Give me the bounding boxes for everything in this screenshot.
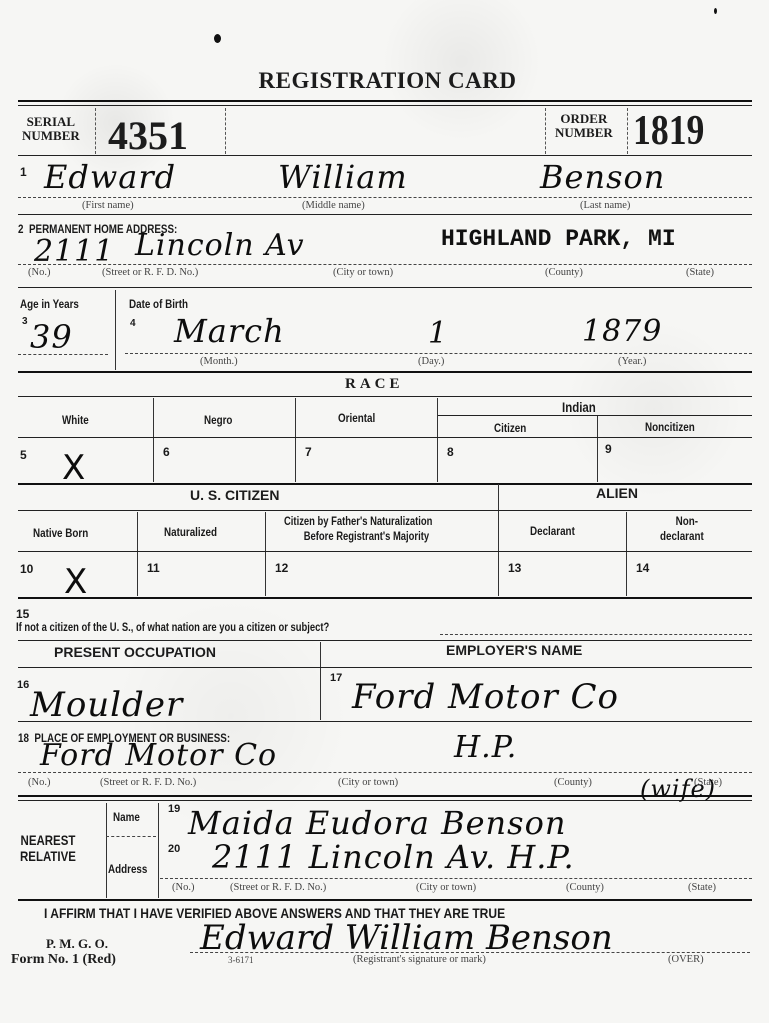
relative-divider [106,803,107,898]
field-3-number: 3 [22,316,28,327]
address-street-value: Lincoln Av [135,228,305,263]
address-caption-no: (No.) [28,267,50,278]
rule [18,510,752,511]
race-divider [597,416,598,482]
field-6-number: 6 [163,445,170,459]
relative-divider [158,803,159,898]
field-5-number: 5 [20,448,27,462]
field-11-number: 11 [147,561,160,575]
field-10-number: 10 [20,562,33,576]
place-caption-county: (County) [554,777,592,788]
field-12-number: 12 [275,561,288,575]
age-divider [115,290,116,370]
field-1-number: 1 [20,165,27,179]
top-rule-2 [18,105,752,106]
rule [18,287,752,288]
rule [18,551,752,552]
rule [160,878,752,879]
citizen-label-father: Citizen by Father's Naturalization Befor… [284,515,432,545]
serial-number: 4351 [108,114,188,158]
last-name-caption: (Last name) [580,200,630,211]
age-label: Age in Years [20,297,79,311]
rule [18,721,752,722]
race-heading: RACE [345,376,404,393]
rule [18,899,752,901]
relative-caption-street: (Street or R. F. D. No.) [230,882,326,893]
citizenship-divider [137,512,138,596]
citizenship-divider [498,484,499,596]
citizenship-divider [626,512,627,596]
birth-year-value: 1879 [582,314,662,349]
birth-day-value: 1 [428,316,448,351]
nation-question: If not a citizen of the U. S., of what n… [16,622,329,634]
top-rule [18,100,752,102]
race-divider [295,398,296,482]
first-name-caption: (First name) [82,200,134,211]
field-7-number: 7 [305,445,312,459]
employer-value: Ford Motor Co [352,677,619,717]
order-number: 1819 [633,108,704,154]
indian-heading: Indian [562,399,596,415]
rule [18,396,752,397]
citizenship-divider [265,512,266,596]
birth-month-caption: (Month.) [200,356,238,367]
employer-heading: EMPLOYER'S NAME [446,642,582,658]
birth-month-value: March [174,312,285,350]
race-label-negro: Negro [204,413,232,427]
field-19-number: 19 [168,803,180,815]
rule [18,264,752,265]
card-title: REGISTRATION CARD [0,68,769,94]
middle-name-caption: (Middle name) [302,200,365,211]
rule [18,155,752,156]
address-caption-county: (County) [545,267,583,278]
form-line-1: P. M. G. O. [46,936,108,952]
rule [18,640,752,641]
rule [18,667,752,668]
address-caption-city: (City or town) [333,267,393,278]
race-label-noncitizen: Noncitizen [645,420,695,434]
place-caption-city: (City or town) [338,777,398,788]
serial-divider [95,108,96,154]
over-text: (OVER) [668,954,704,965]
middle-name-value: William [278,158,408,196]
rule [125,353,752,354]
birth-year-caption: (Year.) [618,356,646,367]
order-divider-2 [627,108,628,154]
relative-name-label: Name [113,810,140,824]
ink-speck [214,34,221,43]
field-17-number: 17 [330,672,342,684]
field-20-number: 20 [168,843,180,855]
occupation-divider [320,642,321,720]
relation-note: (wife) [640,775,716,803]
relative-address-label: Address [108,862,147,876]
rule [18,483,752,485]
rule [18,772,752,773]
field-4-number: 4 [130,318,136,329]
field-13-number: 13 [508,561,521,575]
race-label-white: White [62,413,89,427]
alien-label-nondeclarant: Non- declarant [660,514,704,544]
registrant-signature: Edward William Benson [200,918,613,958]
birth-label: Date of Birth [129,297,188,311]
race-label-oriental: Oriental [338,411,375,425]
citizen-label-native: Native Born [33,526,88,540]
rule [18,597,752,599]
place-of-employment-street: Ford Motor Co [40,738,277,773]
rule [438,415,752,416]
occupation-value: Moulder [30,685,183,725]
rule [18,437,752,438]
field-16-number: 16 [17,679,29,691]
relative-caption-city: (City or town) [416,882,476,893]
age-value: 39 [30,318,73,356]
field-8-number: 8 [447,445,454,459]
race-divider [153,398,154,482]
race-label-citizen: Citizen [494,421,526,435]
address-caption-state: (State) [686,267,714,278]
ink-speck [714,8,717,14]
field-15-number: 15 [16,607,29,621]
birth-day-caption: (Day.) [418,356,444,367]
occupation-heading: PRESENT OCCUPATION [54,644,216,660]
address-caption-street: (Street or R. F. D. No.) [102,267,198,278]
field-14-number: 14 [636,561,649,575]
field-9-number: 9 [605,442,612,456]
form-line-2: Form No. 1 (Red) [11,952,116,968]
relative-caption-no: (No.) [172,882,194,893]
us-citizen-heading: U. S. CITIZEN [190,487,279,503]
rule [18,354,108,355]
serial-label: SERIAL NUMBER [22,115,80,143]
place-of-employment-city: H.P. [454,730,517,765]
nearest-relative-label: NEAREST RELATIVE [20,832,76,864]
relative-caption-state: (State) [688,882,716,893]
native-born-mark: X [64,562,88,602]
race-white-mark: X [62,448,86,488]
relative-address-value: 2111 Lincoln Av. H.P. [212,838,575,876]
alien-label-declarant: Declarant [530,524,575,538]
rule [18,214,752,215]
signature-caption: (Registrant's signature or mark) [353,954,486,965]
alien-heading: ALIEN [596,485,638,501]
order-divider [545,108,546,154]
first-name-value: Edward [44,158,176,196]
citizen-label-naturalized: Naturalized [164,525,217,539]
rule [18,371,752,373]
place-caption-no: (No.) [28,777,50,788]
order-label: ORDER NUMBER [555,112,613,140]
relative-caption-county: (County) [566,882,604,893]
race-divider [437,398,438,482]
relative-name-value: Maida Eudora Benson [188,804,566,842]
place-caption-street: (Street or R. F. D. No.) [100,777,196,788]
rule [18,197,752,198]
serial-divider-2 [225,108,226,154]
rule [106,836,156,837]
last-name-value: Benson [540,158,665,196]
rule [440,634,752,635]
address-city-typed: HIGHLAND PARK, MI [441,226,769,252]
